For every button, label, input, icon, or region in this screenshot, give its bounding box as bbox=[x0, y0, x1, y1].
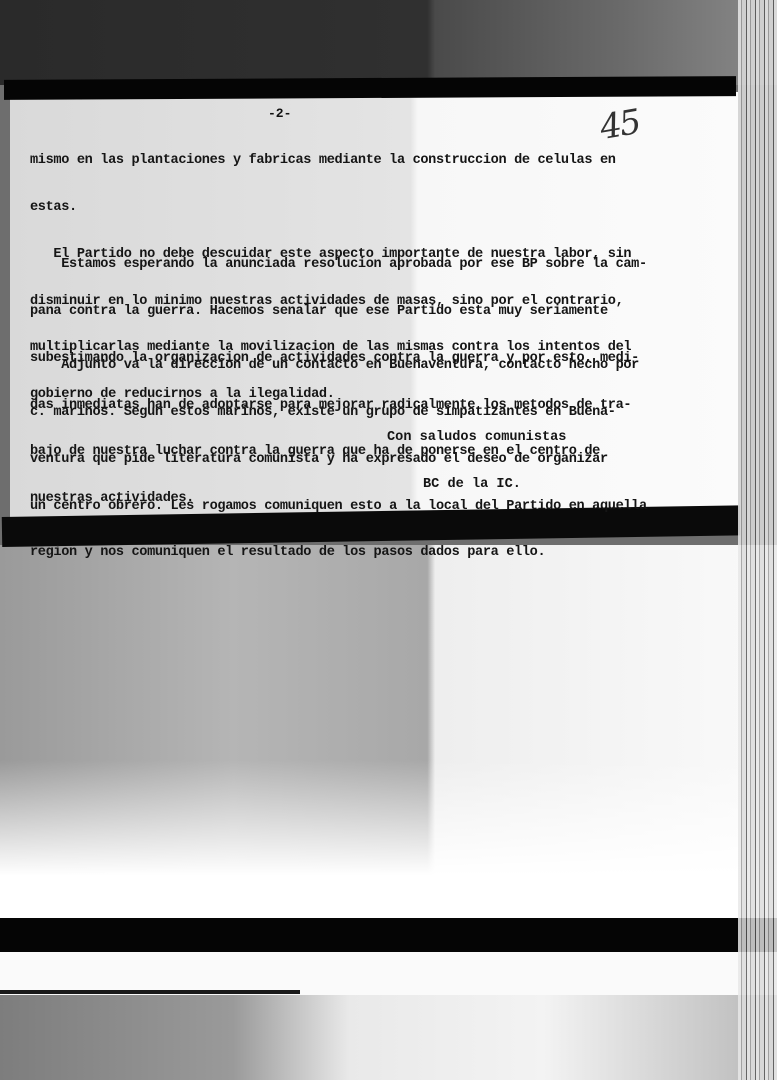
next-page-line bbox=[0, 990, 300, 994]
scan-background-bottom bbox=[0, 995, 777, 1080]
page-number: -2- bbox=[268, 106, 291, 121]
text-line: un centro obrero. Les rogamos comuniquen… bbox=[30, 499, 735, 515]
page-top-edge-shadow bbox=[4, 76, 736, 100]
text-line: ventura que pide literatura comunista y … bbox=[30, 452, 735, 468]
text-line: c. marinos. Segun estos marinos, existe … bbox=[30, 405, 735, 421]
scan-background-top bbox=[0, 0, 777, 85]
scan-right-edge bbox=[738, 0, 777, 1080]
text-line: mismo en las plantaciones y fabricas med… bbox=[30, 153, 735, 169]
text-line: Estamos esperando la anunciada resolucio… bbox=[30, 257, 735, 273]
next-page-edge-shadow bbox=[0, 918, 777, 952]
text-line: region y nos comuniquen el resultado de … bbox=[30, 545, 735, 561]
scan-lower-fade bbox=[0, 760, 777, 925]
text-line: pana contra la guerra. Hacemos senalar q… bbox=[30, 304, 735, 320]
signature: BC de la IC. bbox=[423, 477, 521, 492]
text-line: Adjunto va la direccion de un contacto e… bbox=[30, 358, 735, 374]
text-line: estas. bbox=[30, 200, 735, 216]
paragraph-3: Adjunto va la direccion de un contacto e… bbox=[30, 327, 735, 577]
closing-salutation: Con saludos comunistas bbox=[387, 430, 566, 445]
